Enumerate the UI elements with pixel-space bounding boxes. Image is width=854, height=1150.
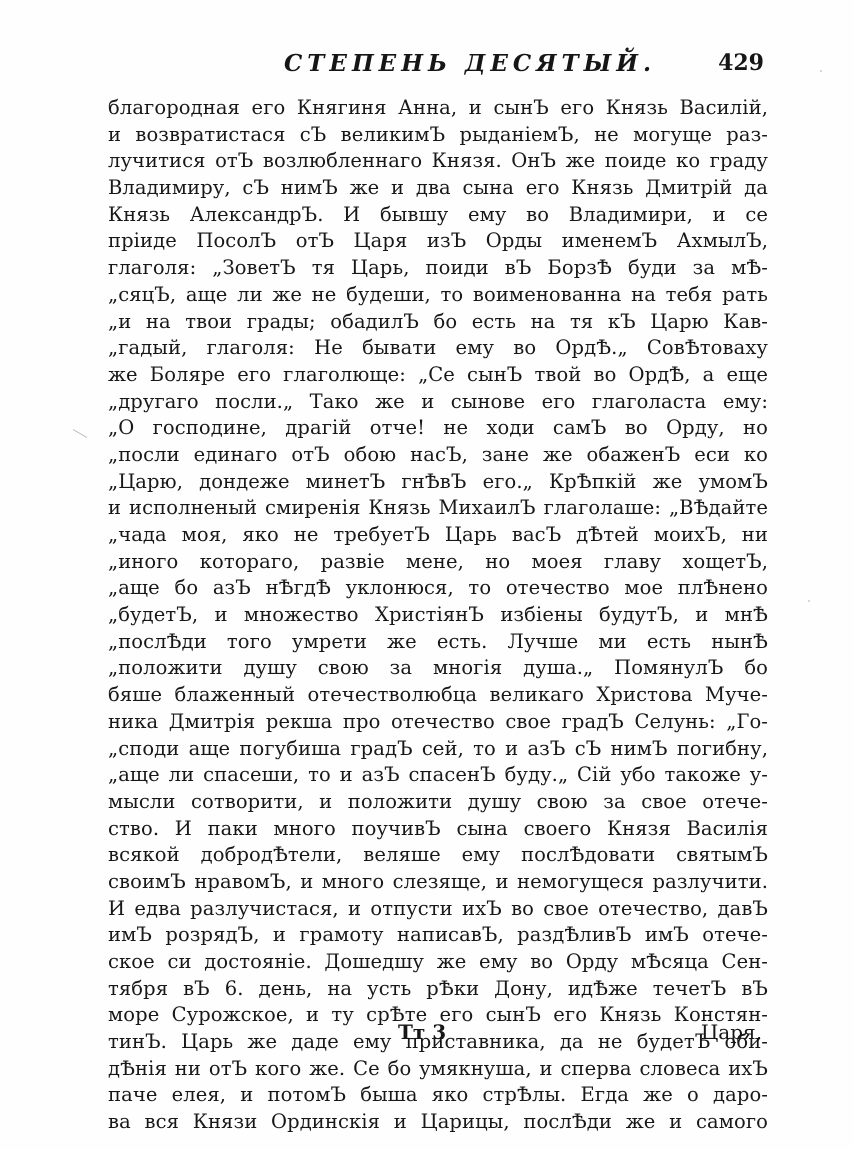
text-line: и возвратистася сЪ великимЪ рыданіемЪ, н… (108, 122, 768, 149)
text-line: же Боляре его глаголюще: „Се сынЪ твой в… (108, 362, 768, 389)
paper-speck (820, 70, 822, 72)
margin-pencil-mark (73, 429, 87, 438)
book-page: СТЕПЕНЬ ДЕСЯТЫЙ. 429 благородная его Кня… (0, 0, 854, 1150)
page-number: 429 (718, 50, 764, 76)
text-line: „и на твои грады; обадилЪ бо есть на тя … (108, 309, 768, 336)
text-line: ство. И паки много поучивЪ сына своего К… (108, 816, 768, 843)
text-line: „будетЪ, и множество ХристіянЪ избіены б… (108, 602, 768, 629)
text-line: „гадый, глаголя: Не бывати ему во ОрдѢ.„… (108, 335, 768, 362)
text-line: „посли единаго отЪ обою насЪ, зане же об… (108, 442, 768, 469)
text-line: и исполненый смиренія Князь МихаилЪ глаг… (108, 495, 768, 522)
text-line: И едва разлучистася, и отпусти ихЪ во св… (108, 896, 768, 923)
text-line: всякой добродѢтели, веляше ему послѢдова… (108, 842, 768, 869)
text-line: благородная его Княгиня Анна, и сынЪ его… (108, 95, 768, 122)
text-line: „послѢди того умрети же есть. Лучше ми е… (108, 629, 768, 656)
text-line: „О господине, драгій отче! не ходи самЪ … (108, 415, 768, 442)
running-head: СТЕПЕНЬ ДЕСЯТЫЙ. 429 (104, 50, 770, 84)
text-line: имЪ розрядЪ, и грамоту написавЪ, раздѢли… (108, 922, 768, 949)
text-line: „чада моя, яко не требуетЪ Царь васЪ дѢт… (108, 522, 768, 549)
text-line: мысли сотворити, и положити душу свою за… (108, 789, 768, 816)
text-line: „положити душу свою за многія душа.„ Пом… (108, 655, 768, 682)
text-line: лучитися отЪ возлюбленнаго Князя. ОнЪ же… (108, 148, 768, 175)
text-line: ника Дмитрія рекша про отечество свое гр… (108, 709, 768, 736)
text-line: „споди аще погубиша градЪ сей, то и азЪ … (108, 736, 768, 763)
text-line: „иного котораго, развіе мене, но моея гл… (108, 549, 768, 576)
text-line: „другаго посли.„ Тако же и сынове его гл… (108, 389, 768, 416)
text-line: „аще ли спасеши, то и азЪ спасенЪ буду.„… (108, 762, 768, 789)
text-line: тября вЪ 6. день, на усть рѢки Дону, идѢ… (108, 976, 768, 1003)
text-line: „сяцЪ, аще ли же не будеши, то воименова… (108, 282, 768, 309)
text-line: Владимиру, сЪ нимЪ же и два сына его Кня… (108, 175, 768, 202)
page-footer: Тт 3 Царя, (108, 1020, 768, 1050)
text-line: „аще бо азЪ нѢгдѢ уклонюся, то отечество… (108, 575, 768, 602)
text-line: ское си достояніе. Дошедшу же ему во Орд… (108, 949, 768, 976)
text-line: „Царю, дондеже минетЪ гнѢвЪ его.„ КрѢпкі… (108, 469, 768, 496)
text-line: пріиде ПосолЪ отЪ Царя изЪ Орды именемЪ … (108, 228, 768, 255)
catchword: Царя, (701, 1020, 762, 1044)
text-line: глаголя: „ЗоветЪ тя Царь, поиди вЪ БорзѢ… (108, 255, 768, 282)
text-line: ва вся Князи Ординскія и Царицы, послѢди… (108, 1109, 768, 1136)
text-line: своимЪ нравомЪ, и много слезяще, и немог… (108, 869, 768, 896)
body-text: благородная его Княгиня Анна, и сынЪ его… (108, 95, 768, 1136)
signature-mark: Тт 3 (398, 1020, 446, 1044)
text-line: бяше блаженный отечестволюбца великаго Х… (108, 682, 768, 709)
running-title: СТЕПЕНЬ ДЕСЯТЫЙ. (284, 50, 656, 77)
paper-speck (808, 600, 810, 602)
text-line: паче елея, и потомЪ быша яко стрѢлы. Егд… (108, 1082, 768, 1109)
text-line: дѢнія ни отЪ кого же. Се бо умякнуша, и … (108, 1056, 768, 1083)
text-line: Князь АлександрЪ. И бывшу ему во Владими… (108, 202, 768, 229)
